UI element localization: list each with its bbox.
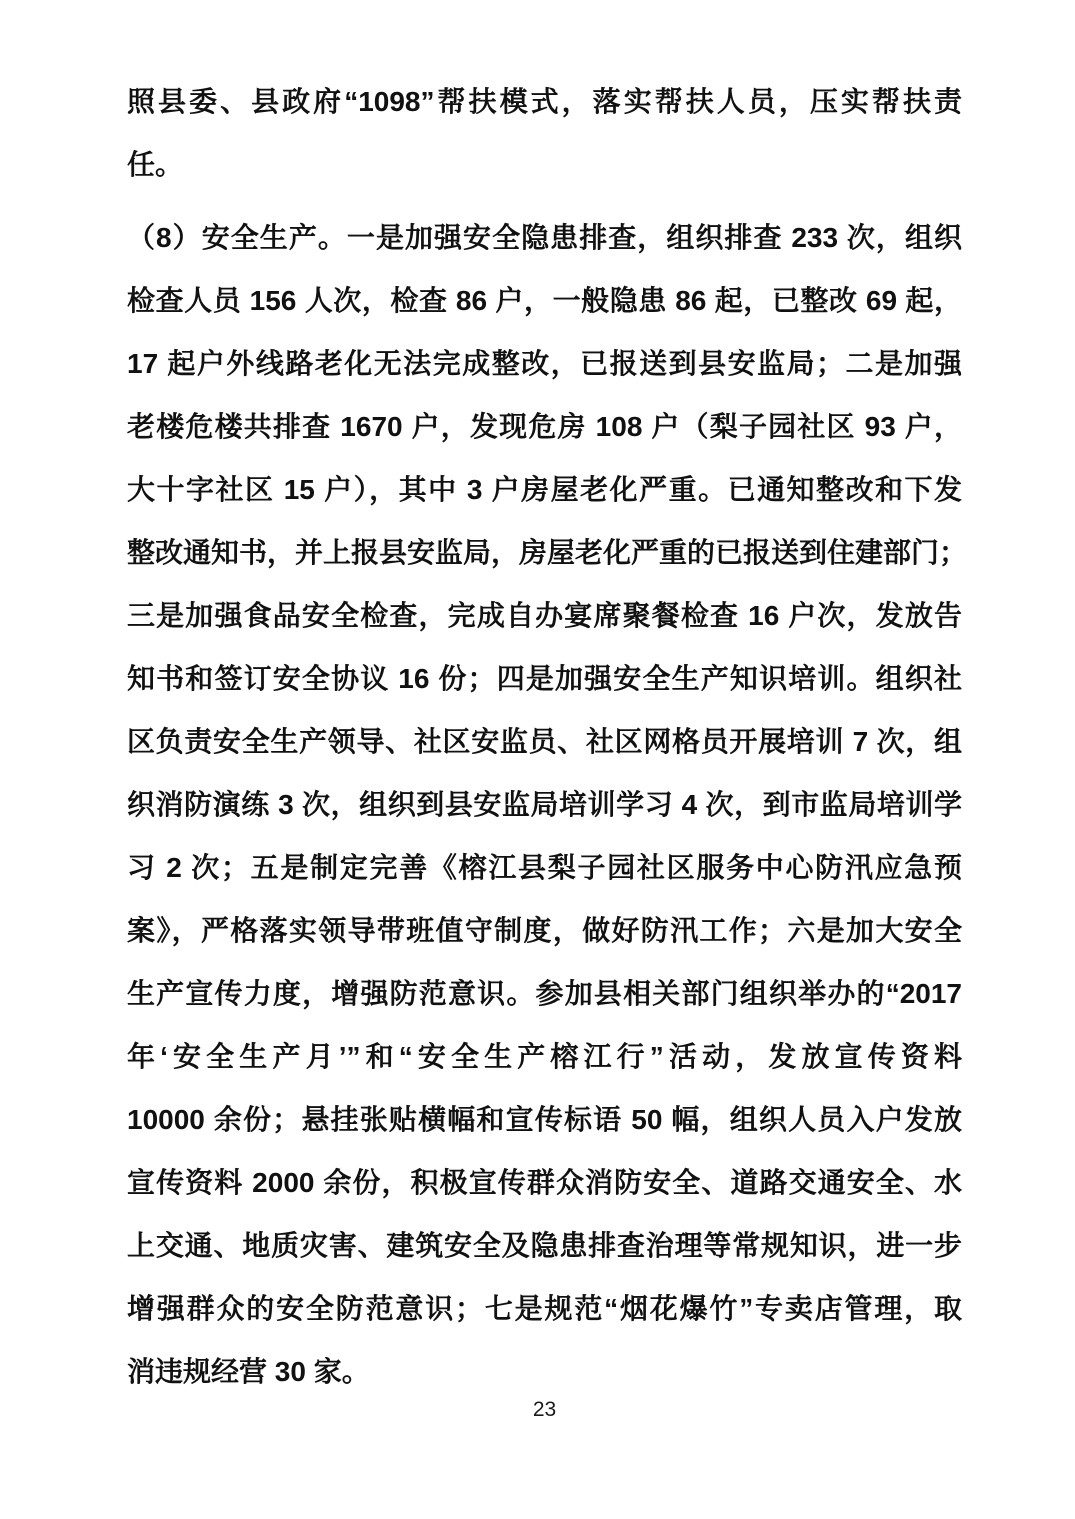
text-line: 宣传资料 2000 余份，积极宣传群众消防安全、道路交通安全、水 [127, 1151, 962, 1214]
text-line: 知书和签订安全协议 16 份；四是加强安全生产知识培训。组织社 [127, 647, 962, 710]
text-line: 习 2 次；五是制定完善《榕江县梨子园社区服务中心防汛应急预 [127, 836, 962, 899]
text-line: 织消防演练 3 次，组织到县安监局培训学习 4 次，到市监局培训学 [127, 773, 962, 836]
text-line: 照县委、县政府“1098”帮扶模式，落实帮扶人员，压实帮扶责 [127, 70, 962, 133]
page-number: 23 [127, 1398, 962, 1422]
text-line: 消违规经营 30 家。 [127, 1340, 962, 1403]
text-line: 年‘安全生产月’”和“安全生产榕江行”活动，发放宣传资料 [127, 1025, 962, 1088]
text-line: 老楼危楼共排查 1670 户，发现危房 108 户（梨子园社区 93 户， [127, 395, 962, 458]
text-line: 10000 余份；悬挂张贴横幅和宣传标语 50 幅，组织人员入户发放 [127, 1088, 962, 1151]
text-line: 案》，严格落实领导带班值守制度，做好防汛工作；六是加大安全 [127, 899, 962, 962]
text-line: 生产宣传力度，增强防范意识。参加县相关部门组织举办的“2017 [127, 962, 962, 1025]
text-line: 17 起户外线路老化无法完成整改，已报送到县安监局；二是加强 [127, 332, 962, 395]
paragraph: 照县委、县政府“1098”帮扶模式，落实帮扶人员，压实帮扶责任。 [127, 70, 962, 196]
text-line: 整改通知书，并上报县安监局，房屋老化严重的已报送到住建部门； [127, 521, 962, 584]
paragraph: （8）安全生产。一是加强安全隐患排查，组织排查 233 次，组织检查人员 156… [127, 206, 962, 1403]
text-line: 区负责安全生产领导、社区安监员、社区网格员开展培训 7 次，组 [127, 710, 962, 773]
text-line: （8）安全生产。一是加强安全隐患排查，组织排查 233 次，组织 [127, 206, 962, 269]
text-line: 检查人员 156 人次，检查 86 户，一般隐患 86 起，已整改 69 起， [127, 269, 962, 332]
document-body: 照县委、县政府“1098”帮扶模式，落实帮扶人员，压实帮扶责任。（8）安全生产。… [127, 70, 962, 1403]
document-page: 照县委、县政府“1098”帮扶模式，落实帮扶人员，压实帮扶责任。（8）安全生产。… [0, 0, 1075, 1519]
text-line: 任。 [127, 133, 962, 196]
text-line: 三是加强食品安全检查，完成自办宴席聚餐检查 16 户次，发放告 [127, 584, 962, 647]
text-line: 大十字社区 15 户），其中 3 户房屋老化严重。已通知整改和下发 [127, 458, 962, 521]
text-line: 增强群众的安全防范意识；七是规范“烟花爆竹”专卖店管理，取 [127, 1277, 962, 1340]
text-line: 上交通、地质灾害、建筑安全及隐患排查治理等常规知识，进一步 [127, 1214, 962, 1277]
